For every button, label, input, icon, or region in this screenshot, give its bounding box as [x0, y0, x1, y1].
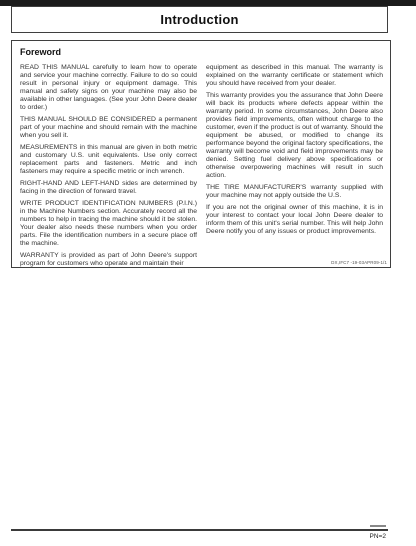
reference-code: DX,IFC7 -19-03APR09-1/1: [331, 260, 387, 265]
paragraph: MEASUREMENTS in this manual are given in…: [20, 144, 197, 176]
paragraph: RIGHT-HAND AND LEFT-HAND sides are deter…: [20, 180, 197, 196]
chapter-header-box: Introduction: [11, 6, 388, 33]
manual-page: Introduction Foreword READ THIS MANUAL c…: [0, 0, 416, 546]
paragraph: WRITE PRODUCT IDENTIFICATION NUMBERS (P.…: [20, 200, 197, 248]
paragraph: If you are not the original owner of thi…: [206, 204, 383, 236]
section-heading: Foreword: [20, 47, 383, 57]
foreword-section-box: Foreword READ THIS MANUAL carefully to l…: [11, 40, 391, 268]
paragraph: equipment as described in this manual. T…: [206, 64, 383, 88]
paragraph: THIS MANUAL SHOULD BE CONSIDERED a perma…: [20, 116, 197, 140]
left-column: READ THIS MANUAL carefully to learn how …: [20, 64, 197, 268]
paragraph: WARRANTY is provided as part of John Dee…: [20, 252, 197, 268]
paragraph: THE TIRE MANUFACTURER'S warranty supplie…: [206, 184, 383, 200]
footer-rule: [11, 529, 388, 531]
paragraph: READ THIS MANUAL carefully to learn how …: [20, 64, 197, 112]
page-number: PN=2: [370, 533, 386, 540]
paragraph: This warranty provides you the assurance…: [206, 92, 383, 180]
chapter-title: Introduction: [160, 12, 238, 27]
footer-stamp: [370, 525, 386, 527]
right-column: equipment as described in this manual. T…: [206, 64, 383, 268]
two-column-text: READ THIS MANUAL carefully to learn how …: [20, 64, 383, 268]
